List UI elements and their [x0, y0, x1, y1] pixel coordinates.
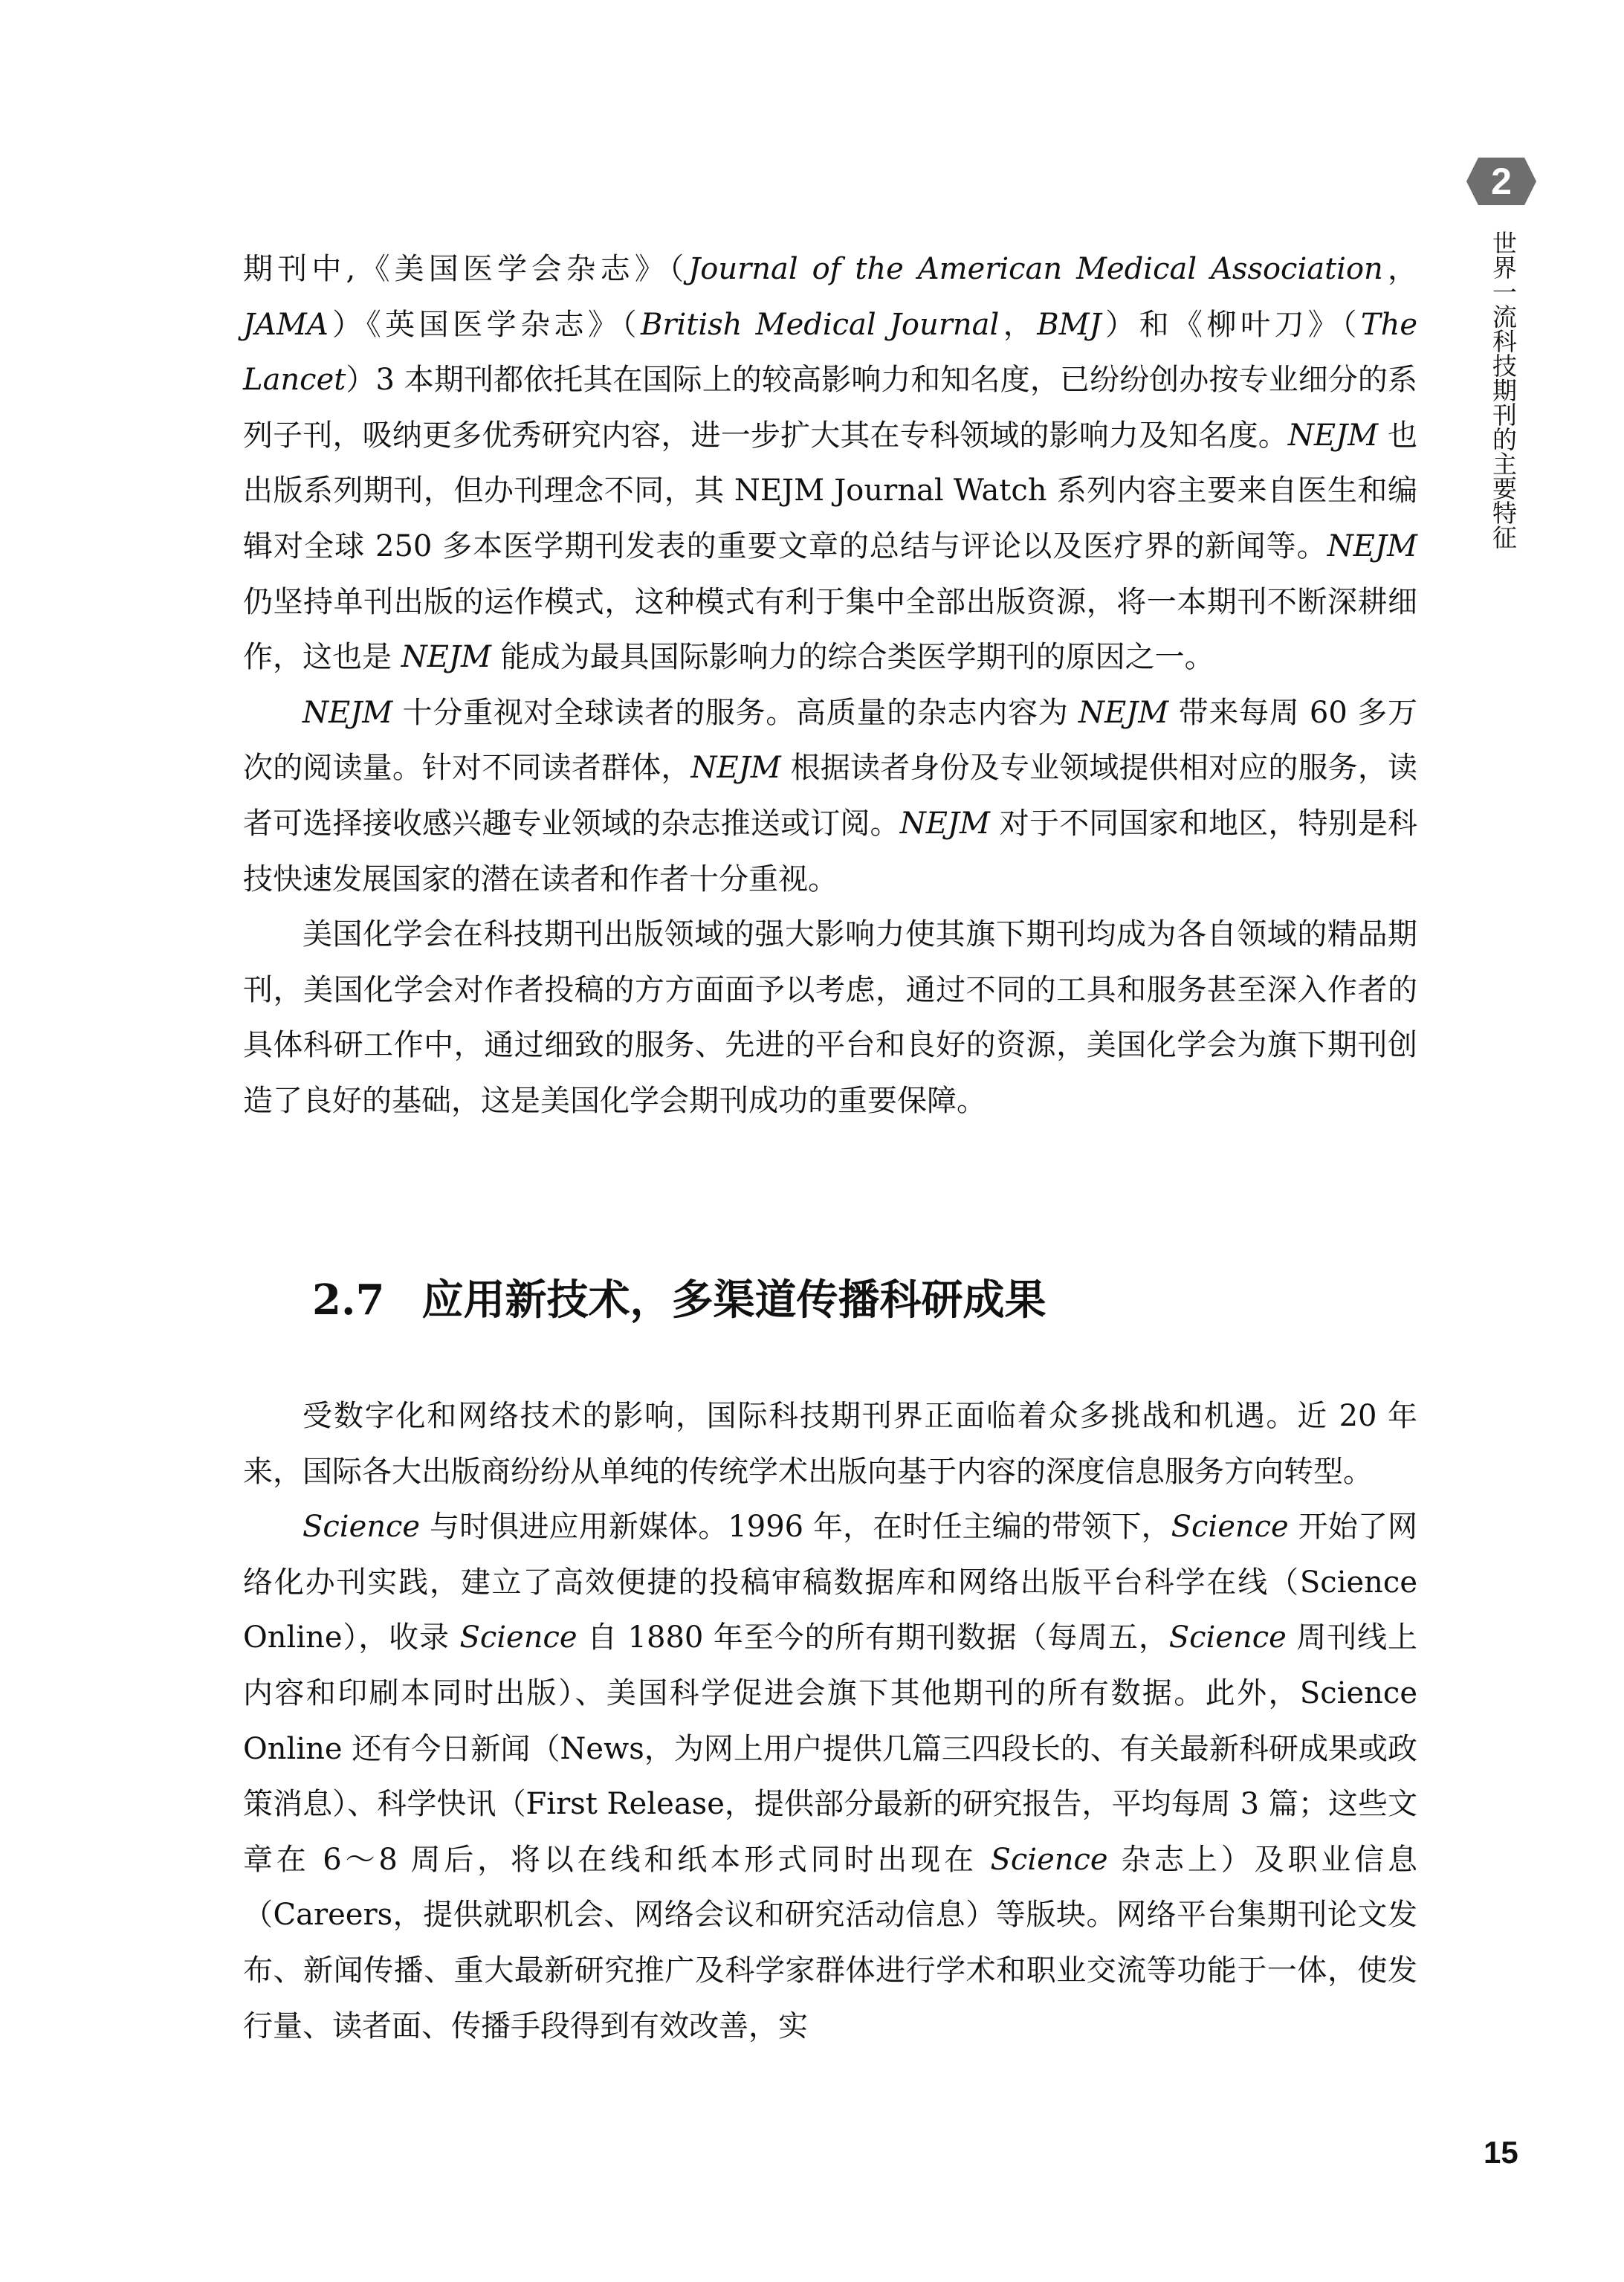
text-run: ，	[999, 308, 1037, 342]
italic-term: NEJM	[1288, 418, 1378, 453]
text-run: 能成为最具国际影响力的综合类医学期刊的原因之一。	[491, 640, 1214, 674]
italic-term: JAMA	[243, 308, 329, 342]
paragraph: 期刊中,《美国医学会杂志》（Journal of the American Me…	[243, 242, 1417, 685]
paragraph: Science 与时俱进应用新媒体。1996 年，在时任主编的带领下，Scien…	[243, 1499, 1417, 2054]
text-run: 自 1880 年至今的所有期刊数据（每周五，	[578, 1620, 1169, 1655]
paragraph: 受数字化和网络技术的影响，国际科技期刊界正面临着众多挑战和机遇。近 20 年来，…	[243, 1389, 1417, 1499]
italic-term: Science	[1171, 1510, 1289, 1544]
italic-term: Science	[991, 1843, 1108, 1877]
page-number: 15	[1484, 2135, 1518, 2171]
paragraph: 美国化学会在科技期刊出版领域的强大影响力使其旗下期刊均成为各自领域的精品期刊，美…	[243, 907, 1417, 1128]
italic-term: Science	[1169, 1620, 1287, 1655]
italic-term: BMJ	[1037, 308, 1101, 342]
section-number: 2.7	[312, 1276, 384, 1325]
italic-term: NEJM	[1327, 529, 1417, 563]
running-title: 世界一流科技期刊的主要特征	[1488, 230, 1518, 549]
chapter-badge: 2	[1466, 158, 1536, 205]
text-run: ）3 本期刊都依托其在国际上的较高影响力和知名度，已纷纷创办按专业细分的系列子刊…	[243, 363, 1417, 453]
italic-term: Science	[303, 1510, 420, 1544]
italic-term: Journal of the American Medical Associat…	[688, 252, 1383, 286]
body-text-top: 期刊中,《美国医学会杂志》（Journal of the American Me…	[243, 242, 1417, 1129]
section-title: 应用新技术，多渠道传播科研成果	[421, 1276, 1046, 1325]
body-text-bottom: 受数字化和网络技术的影响，国际科技期刊界正面临着众多挑战和机遇。近 20 年来，…	[243, 1389, 1417, 2054]
italic-term: Science	[459, 1620, 577, 1655]
text-run: 美国化学会在科技期刊出版领域的强大影响力使其旗下期刊均成为各自领域的精品期刊，美…	[243, 917, 1417, 1118]
italic-term: NEJM	[401, 640, 491, 674]
text-run: 与时俱进应用新媒体。1996 年，在时任主编的带领下，	[420, 1510, 1171, 1544]
italic-term: NEJM	[303, 696, 392, 730]
section-heading: 2.7应用新技术，多渠道传播科研成果	[312, 1267, 1046, 1327]
italic-term: NEJM	[1078, 696, 1168, 730]
text-run: ）《英国医学杂志》（	[329, 308, 641, 342]
text-run: 受数字化和网络技术的影响，国际科技期刊界正面临着众多挑战和机遇。近 20 年来，…	[243, 1399, 1417, 1489]
chapter-number: 2	[1466, 158, 1536, 205]
paragraph: NEJM 十分重视对全球读者的服务。高质量的杂志内容为 NEJM 带来每周 60…	[243, 685, 1417, 907]
text-run: ）和《柳叶刀》（	[1101, 308, 1361, 342]
text-run: ，	[1383, 252, 1417, 286]
italic-term: NEJM	[900, 807, 990, 841]
text-run: 周刊线上内容和印刷本同时出版）、美国科学促进会旗下其他期刊的所有数据。此外，Sc…	[243, 1620, 1417, 1876]
italic-term: NEJM	[691, 751, 781, 785]
text-run: 期刊中,《美国医学会杂志》（	[243, 252, 688, 286]
text-run: 十分重视对全球读者的服务。高质量的杂志内容为	[392, 696, 1078, 730]
italic-term: British Medical Journal	[641, 308, 999, 342]
